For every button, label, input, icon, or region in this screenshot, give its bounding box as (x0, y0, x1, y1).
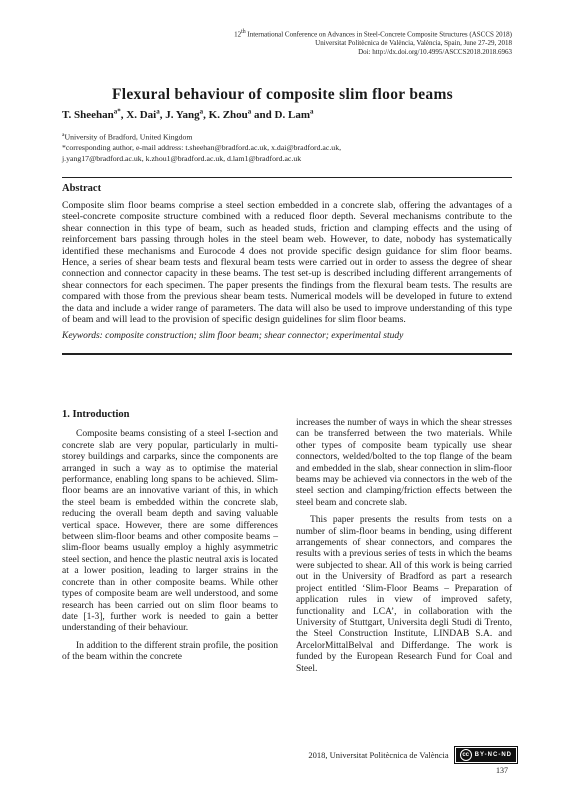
conference-header-line1: 12th International Conference on Advance… (62, 28, 512, 39)
cc-license-badge: cc BY-NC-ND (454, 746, 518, 764)
author: X. Daia, (126, 109, 165, 121)
cc-license-type: BY-NC-ND (475, 752, 512, 758)
conference-header: 12th International Conference on Advance… (62, 28, 512, 56)
author: J. Yanga, (165, 109, 208, 121)
page-number: 137 (496, 766, 508, 775)
paragraph: This paper presents the results from tes… (296, 515, 512, 675)
paragraph: In addition to the different strain prof… (62, 641, 278, 664)
author: D. Lama (275, 109, 314, 121)
author-line: T. Sheehana*, X. Daia, J. Yanga, K. Zhou… (62, 107, 512, 121)
keywords-line: Keywords: composite construction; slim f… (62, 331, 512, 341)
author: T. Sheehana*, (62, 109, 126, 121)
corresponding-author-line: *corresponding author, e-mail address: t… (62, 143, 512, 154)
paper-title: Flexural behaviour of composite slim flo… (0, 86, 565, 104)
conference-doi: Doi: http://dx.doi.org/10.4995/ASCCS2018… (62, 48, 512, 57)
paragraph: Composite beams consisting of a steel I-… (62, 429, 278, 634)
conference-header-line2: Universitat Politècnica de València, Val… (62, 39, 512, 48)
paragraph: increases the number of ways in which th… (296, 418, 512, 509)
author: K. Zhoua and (209, 109, 275, 121)
affiliation-block: aUniversity of Bradford, United Kingdom … (62, 130, 512, 164)
corresponding-author-emails: j.yang17@bradford.ac.uk, k.zhou1@bradfor… (62, 154, 512, 165)
abstract-section: Abstract Composite slim floor beams comp… (62, 177, 512, 355)
author-affiliation-mark: a (310, 107, 314, 115)
introduction-heading: 1. Introduction (62, 409, 278, 420)
footer-copyright: 2018, Universitat Politècnica de Valènci… (308, 750, 448, 760)
page-footer: 2018, Universitat Politècnica de Valènci… (62, 746, 518, 764)
affiliation: aUniversity of Bradford, United Kingdom (62, 130, 512, 143)
author-affiliation-mark: a* (114, 107, 121, 115)
cc-icon: cc (460, 749, 472, 761)
right-column: increases the number of ways in which th… (296, 405, 512, 681)
abstract-text: Composite slim floor beams comprise a st… (62, 200, 512, 325)
abstract-heading: Abstract (62, 183, 512, 194)
paper-page: 12th International Conference on Advance… (0, 0, 565, 800)
left-column: 1. Introduction Composite beams consisti… (62, 405, 278, 670)
